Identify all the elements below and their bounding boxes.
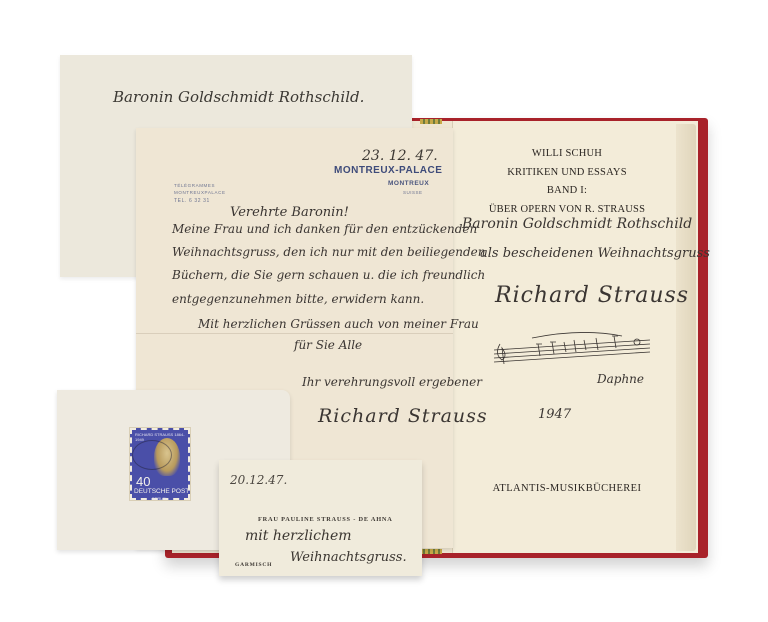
book-inscription-line1: Baronin Goldschmidt Rothschild — [462, 216, 692, 232]
photo-scene: WILLI SCHUH KRITIKEN UND ESSAYS BAND I: … — [0, 0, 768, 622]
letterhead-country: SUISSE — [403, 190, 423, 195]
letter-body-line: Büchern, die Sie gern schauen u. die ich… — [172, 268, 485, 282]
stamp-value: 40 — [136, 474, 150, 489]
letter-body-line: Meine Frau und ich danken für den entzüc… — [172, 222, 477, 236]
letter-body-line: Weihnachtsgruss, den ich nur mit den bei… — [172, 245, 485, 259]
bookmark-ribbon-bottom — [420, 549, 442, 554]
book-inscription-line2: als bescheidenen Weihnachtsgruss — [480, 246, 710, 261]
letter-closing-line: Mit herzlichen Grüssen auch von meiner F… — [198, 317, 479, 331]
postmark-icon — [132, 440, 172, 470]
book-inscription-signature: Richard Strauss — [495, 283, 689, 308]
letter-closing-line: Ihr verehrungsvoll ergebener — [302, 375, 482, 389]
letterhead-telephone: TEL. 6 32 31 — [174, 198, 210, 204]
letter-salutation: Verehrte Baronin! — [230, 205, 349, 220]
letterhead-hotel-name: MONTREUX-PALACE — [334, 165, 442, 176]
stamp-sub-label: BERLIN — [152, 496, 166, 501]
book-publisher: ATLANTIS-MUSIKBÜCHEREI — [452, 483, 682, 494]
letter-closing-line: für Sie Alle — [294, 338, 362, 352]
visiting-card-date: 20.12.47. — [230, 473, 287, 487]
envelope-addressee: Baronin Goldschmidt Rothschild. — [113, 88, 364, 106]
letter-fold-line — [136, 333, 453, 334]
inscription-year: 1947 — [538, 407, 571, 422]
music-caption: Daphne — [597, 372, 644, 386]
stamp-label: DEUTSCHE POST — [134, 488, 189, 495]
letter-date: 23. 12. 47. — [362, 148, 438, 164]
visiting-card-message-line2: Weihnachtsgruss. — [290, 550, 407, 565]
book-subtitle: ÜBER OPERN VON R. STRAUSS — [452, 204, 682, 215]
music-quotation-icon — [492, 330, 652, 366]
letterhead-telegram-label: TÉLÉGRAMMES — [174, 183, 215, 188]
visiting-card-place: GARMISCH — [235, 562, 272, 568]
book-author: WILLI SCHUH — [452, 148, 682, 159]
letterhead-city: MONTREUX — [388, 180, 429, 187]
letterhead-telegram-address: MONTREUXPALACE — [174, 190, 226, 195]
letter-body-line: entgegenzunehmen bitte, erwidern kann. — [172, 292, 424, 306]
visiting-card-printed-name: FRAU PAULINE STRAUSS - DE AHNA — [258, 516, 393, 523]
bookmark-ribbon-top — [420, 119, 442, 124]
letter-signature: Richard Strauss — [318, 405, 488, 427]
book-title: KRITIKEN UND ESSAYS — [452, 167, 682, 178]
visiting-card-message-line1: mit herzlichem — [245, 528, 352, 544]
book-volume: BAND I: — [452, 185, 682, 196]
